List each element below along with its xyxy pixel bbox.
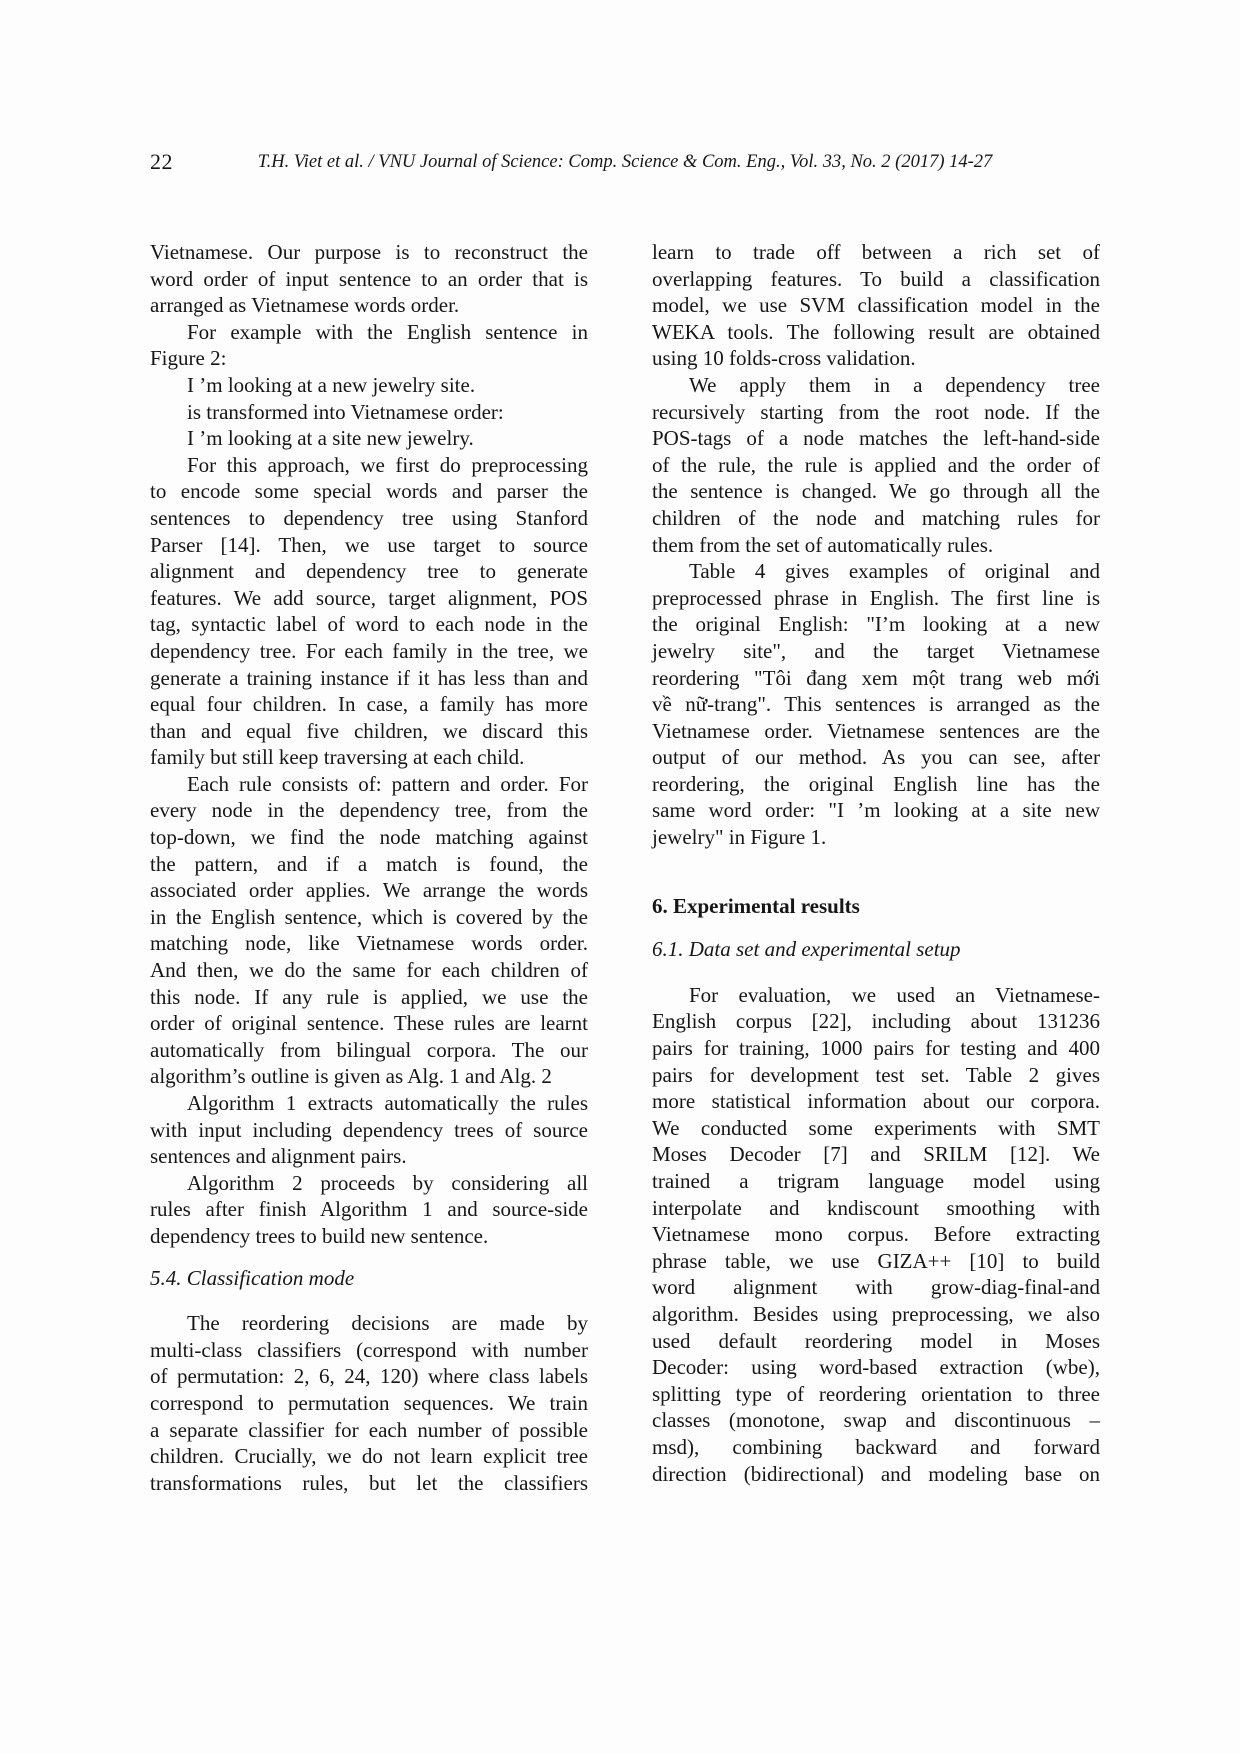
text-line: direction (bidirectional) and modeling b… — [652, 1461, 1100, 1488]
text-line: the original English: "I’m looking at a … — [652, 611, 1100, 638]
text-line: Vietnamese mono corpus. Before extractin… — [652, 1221, 1100, 1248]
text-line: msd), combining backward and forward — [652, 1434, 1100, 1461]
paragraph: Algorithm 1 extracts automatically the r… — [150, 1090, 588, 1170]
text-line: interpolate and kndiscount smoothing wit… — [652, 1195, 1100, 1222]
subsection-heading: 6.1. Data set and experimental setup — [652, 936, 1100, 963]
text-line: same word order: "I ’m looking at a site… — [652, 797, 1100, 824]
text-line: pairs for development test set. Table 2 … — [652, 1062, 1100, 1089]
text-line: arranged as Vietnamese words order. — [150, 292, 588, 319]
text-line: to encode some special words and parser … — [150, 478, 588, 505]
text-line: a separate classifier for each number of… — [150, 1417, 588, 1444]
text-line: top-down, we find the node matching agai… — [150, 824, 588, 851]
document-page: 22 T.H. Viet et al. / VNU Journal of Sci… — [0, 0, 1240, 1753]
text-line: jewelry" in Figure 1. — [652, 824, 1100, 851]
text-line: For example with the English sentence in — [150, 319, 588, 346]
text-line: the sentence is changed. We go through a… — [652, 478, 1100, 505]
text-line: For evaluation, we used an Vietnamese- — [652, 982, 1100, 1009]
paragraph: Vietnamese. Our purpose is to reconstruc… — [150, 239, 588, 319]
text-line: reordering "Tôi đang xem một trang web m… — [652, 665, 1100, 692]
paragraph: For this approach, we first do preproces… — [150, 452, 588, 771]
example-line: I ’m looking at a new jewelry site. — [150, 372, 588, 399]
text-line: alignment and dependency tree to generat… — [150, 558, 588, 585]
text-line: them from the set of automatically rules… — [652, 532, 1100, 559]
text-line: I ’m looking at a site new jewelry. — [150, 425, 588, 452]
text-line: jewelry site", and the target Vietnamese — [652, 638, 1100, 665]
text-line: children of the node and matching rules … — [652, 505, 1100, 532]
example-line: I ’m looking at a site new jewelry. — [150, 425, 588, 452]
text-line: reordering, the original English line ha… — [652, 771, 1100, 798]
text-line: preprocessed phrase in English. The firs… — [652, 585, 1100, 612]
text-line: learn to trade off between a rich set of — [652, 239, 1100, 266]
text-line: using 10 folds-cross validation. — [652, 345, 1100, 372]
text-line: trained a trigram language model using — [652, 1168, 1100, 1195]
text-line: the pattern, and if a match is found, th… — [150, 851, 588, 878]
text-line: Algorithm 1 extracts automatically the r… — [150, 1090, 588, 1117]
text-line: We conducted some experiments with SMT — [652, 1115, 1100, 1142]
text-line: Figure 2: — [150, 345, 588, 372]
paragraph: Algorithm 2 proceeds by considering allr… — [150, 1170, 588, 1250]
text-line: order of original sentence. These rules … — [150, 1010, 588, 1037]
right-column: learn to trade off between a rich set of… — [652, 239, 1100, 1496]
page-header: 22 T.H. Viet et al. / VNU Journal of Sci… — [150, 149, 1100, 177]
text-line: sentences and alignment pairs. — [150, 1143, 588, 1170]
text-line: recursively starting from the root node.… — [652, 399, 1100, 426]
text-line: in the English sentence, which is covere… — [150, 904, 588, 931]
text-line: word alignment with grow-diag-final-and — [652, 1274, 1100, 1301]
text-line: We apply them in a dependency tree — [652, 372, 1100, 399]
text-line: is transformed into Vietnamese order: — [150, 399, 588, 426]
text-line: English corpus [22], including about 131… — [652, 1008, 1100, 1035]
text-line: rules after finish Algorithm 1 and sourc… — [150, 1196, 588, 1223]
text-line: WEKA tools. The following result are obt… — [652, 319, 1100, 346]
text-line: transformations rules, but let the class… — [150, 1470, 588, 1497]
paragraph: For evaluation, we used an Vietnamese-En… — [652, 982, 1100, 1487]
text-line: POS-tags of a node matches the left-hand… — [652, 425, 1100, 452]
text-line: than and equal five children, we discard… — [150, 718, 588, 745]
two-column-body: Vietnamese. Our purpose is to reconstruc… — [150, 239, 1100, 1496]
running-head: T.H. Viet et al. / VNU Journal of Scienc… — [150, 149, 1100, 175]
text-line: sentences to dependency tree using Stanf… — [150, 505, 588, 532]
paragraph: The reordering decisions are made bymult… — [150, 1310, 588, 1496]
text-line: The reordering decisions are made by — [150, 1310, 588, 1337]
text-line: of the rule, the rule is applied and the… — [652, 452, 1100, 479]
text-line: dependency tree. For each family in the … — [150, 638, 588, 665]
text-line: phrase table, we use GIZA++ [10] to buil… — [652, 1248, 1100, 1275]
paragraph: learn to trade off between a rich set of… — [652, 239, 1100, 372]
text-line: model, we use SVM classification model i… — [652, 292, 1100, 319]
text-line: Parser [14]. Then, we use target to sour… — [150, 532, 588, 559]
text-line: classes (monotone, swap and discontinuou… — [652, 1407, 1100, 1434]
text-line: For this approach, we first do preproces… — [150, 452, 588, 479]
text-line: algorithm. Besides using preprocessing, … — [652, 1301, 1100, 1328]
text-line: Decoder: using word-based extraction (wb… — [652, 1354, 1100, 1381]
left-column: Vietnamese. Our purpose is to reconstruc… — [150, 239, 588, 1496]
text-line: splitting type of reordering orientation… — [652, 1381, 1100, 1408]
text-line: dependency trees to build new sentence. — [150, 1223, 588, 1250]
text-line: overlapping features. To build a classif… — [652, 266, 1100, 293]
example-line: is transformed into Vietnamese order: — [150, 399, 588, 426]
text-line: 6. Experimental results — [652, 893, 1100, 920]
text-line: Each rule consists of: pattern and order… — [150, 771, 588, 798]
text-line: Table 4 gives examples of original and — [652, 558, 1100, 585]
page-number: 22 — [150, 149, 173, 175]
text-line: features. We add source, target alignmen… — [150, 585, 588, 612]
text-line: multi-class classifiers (correspond with… — [150, 1337, 588, 1364]
text-line: every node in the dependency tree, from … — [150, 797, 588, 824]
text-line: I ’m looking at a new jewelry site. — [150, 372, 588, 399]
text-line: And then, we do the same for each childr… — [150, 957, 588, 984]
text-line: pairs for training, 1000 pairs for testi… — [652, 1035, 1100, 1062]
text-line: this node. If any rule is applied, we us… — [150, 984, 588, 1011]
text-line: more statistical information about our c… — [652, 1088, 1100, 1115]
text-line: matching node, like Vietnamese words ord… — [150, 930, 588, 957]
text-line: children. Crucially, we do not learn exp… — [150, 1443, 588, 1470]
text-line: tag, syntactic label of word to each nod… — [150, 611, 588, 638]
text-line: used default reordering model in Moses — [652, 1328, 1100, 1355]
text-line: of permutation: 2, 6, 24, 120) where cla… — [150, 1363, 588, 1390]
text-line: word order of input sentence to an order… — [150, 266, 588, 293]
text-line: associated order applies. We arrange the… — [150, 877, 588, 904]
paragraph: Table 4 gives examples of original andpr… — [652, 558, 1100, 851]
text-line: equal four children. In case, a family h… — [150, 691, 588, 718]
paragraph: We apply them in a dependency treerecurs… — [652, 372, 1100, 558]
section-heading: 6. Experimental results — [652, 893, 1100, 920]
text-line: Vietnamese order. Vietnamese sentences a… — [652, 718, 1100, 745]
text-line: family but still keep traversing at each… — [150, 744, 588, 771]
text-line: 6.1. Data set and experimental setup — [652, 936, 1100, 963]
text-line: Vietnamese. Our purpose is to reconstruc… — [150, 239, 588, 266]
text-line: 5.4. Classification mode — [150, 1265, 588, 1292]
subsection-heading: 5.4. Classification mode — [150, 1265, 588, 1292]
text-line: generate a training instance if it has l… — [150, 665, 588, 692]
text-line: with input including dependency trees of… — [150, 1117, 588, 1144]
text-line: Moses Decoder [7] and SRILM [12]. We — [652, 1141, 1100, 1168]
paragraph: For example with the English sentence in… — [150, 319, 588, 372]
paragraph: Each rule consists of: pattern and order… — [150, 771, 588, 1090]
text-line: correspond to permutation sequences. We … — [150, 1390, 588, 1417]
text-line: Algorithm 2 proceeds by considering all — [150, 1170, 588, 1197]
text-line: algorithm’s outline is given as Alg. 1 a… — [150, 1063, 588, 1090]
text-line: về nữ-trang". This sentences is arranged… — [652, 691, 1100, 718]
text-line: automatically from bilingual corpora. Th… — [150, 1037, 588, 1064]
text-line: output of our method. As you can see, af… — [652, 744, 1100, 771]
